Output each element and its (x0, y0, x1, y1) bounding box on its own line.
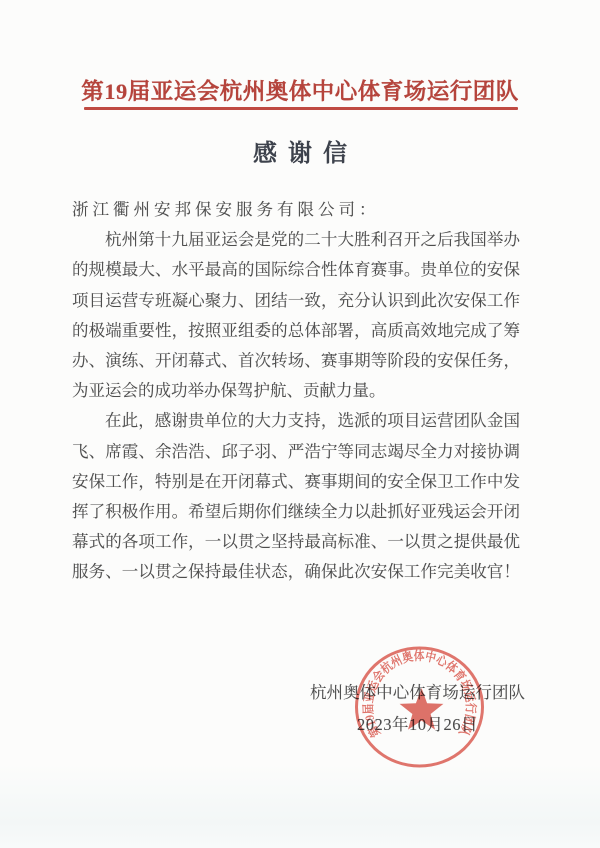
body-line: 幕式的各项工作，一以贯之坚持最高标准、一以贯之提供最优 (72, 527, 520, 557)
body-line: 在此，感谢贵单位的大力支持，选派的项目运营团队金国 (72, 406, 520, 436)
body-line: 安保工作，特别是在开闭幕式、赛事期间的安全保卫工作中发 (72, 467, 520, 497)
letterhead-title: 第19届亚运会杭州奥体中心体育场运行团队 (0, 74, 600, 106)
body-line: 服务、一以贯之保持最佳状态，确保此次安保工作完美收官！ (72, 557, 520, 587)
body-line: 项目运营专班凝心聚力、团结一致，充分认识到此次安保工作 (72, 286, 520, 316)
body-line: 杭州第十九届亚运会是党的二十大胜利召开之后我国举办 (72, 225, 520, 255)
body-line: 的极端重要性，按照亚组委的总体部署，高质高效地完成了筹 (72, 316, 520, 346)
salutation: 浙江衢州安邦保安服务有限公司： (72, 195, 520, 225)
body-line: 办、演练、开闭幕式、首次转场、赛事期等阶段的安保任务， (72, 346, 520, 376)
body-line: 的规模最大、水平最高的国际综合性体育赛事。贵单位的安保 (72, 255, 520, 285)
letter-body: 浙江衢州安邦保安服务有限公司： 杭州第十九届亚运会是党的二十大胜利召开之后我国举… (72, 195, 520, 587)
body-line: 为亚运会的成功举办保驾护航、贡献力量。 (72, 376, 520, 406)
body-line: 挥了积极作用。希望后期你们继续全力以赴抓好亚残运会开闭 (72, 497, 520, 527)
seal-star-icon (400, 688, 444, 730)
scanned-letter-page: 第19届亚运会杭州奥体中心体育场运行团队 感谢信 浙江衢州安邦保安服务有限公司：… (0, 0, 600, 848)
letterhead-underline (84, 107, 518, 110)
official-seal-stamp-icon: 第19届亚运会杭州奥体中心体育场运行团队 (349, 637, 490, 777)
body-line: 飞、席霞、余浩浩、邱子羽、严浩宁等同志竭尽全力对接协调 (72, 437, 520, 467)
letter-title: 感谢信 (0, 133, 600, 168)
